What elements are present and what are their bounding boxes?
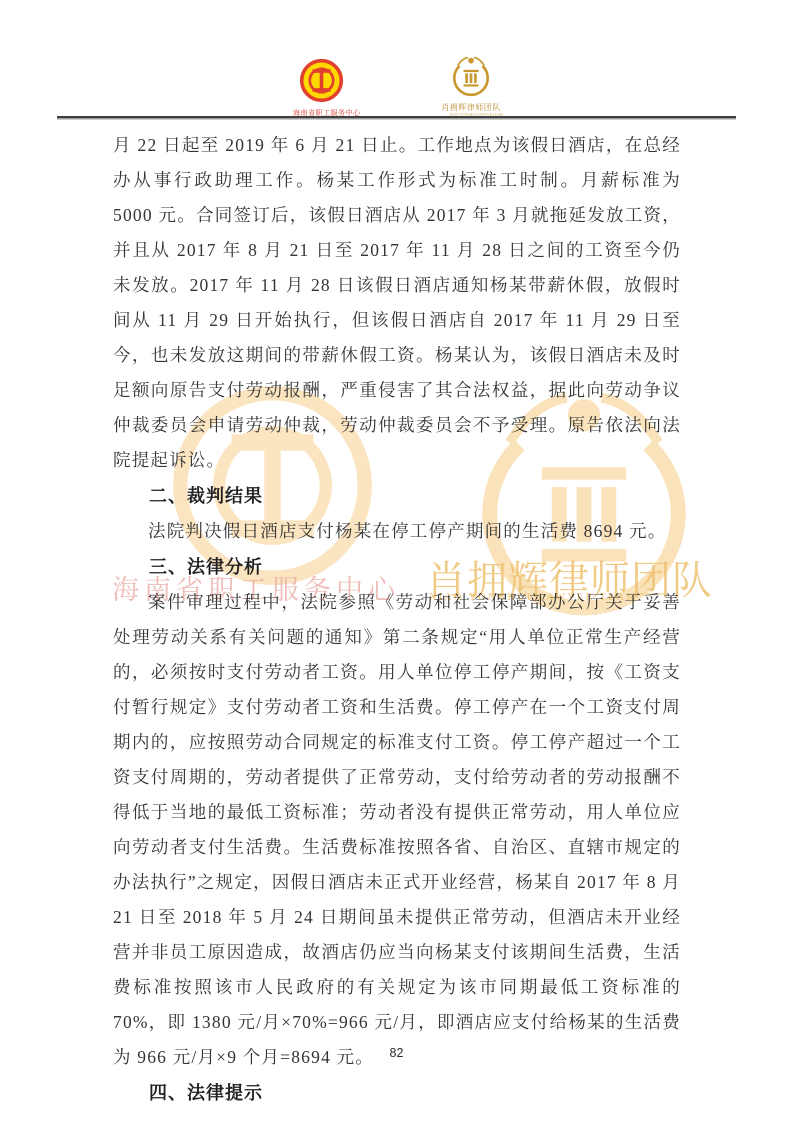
continuation-paragraph: 月 22 日起至 2019 年 6 月 21 日止。工作地点为该假日酒店，在总经… xyxy=(113,128,681,478)
section-heading-legal-analysis: 三、法律分析 xyxy=(113,549,681,585)
document-body: 月 22 日起至 2019 年 6 月 21 日止。工作地点为该假日酒店，在总经… xyxy=(113,128,681,1111)
law-team-logo: 肖拥辉律师团队 XIAO YONGHUI LAWYER TEAM xyxy=(435,54,507,119)
union-emblem-icon xyxy=(299,90,344,107)
judgment-result-paragraph: 法院判决假日酒店支付杨某在停工停产期间的生活费 8694 元。 xyxy=(113,514,681,549)
legal-analysis-paragraph: 案件审理过程中，法院参照《劳动和社会保障部办公厅关于妥善处理劳动关系有关问题的通… xyxy=(113,585,681,1075)
law-team-emblem-icon xyxy=(449,85,493,102)
page-number: 82 xyxy=(0,1046,793,1060)
header-divider xyxy=(57,116,736,118)
union-logo: 海南省职工服务中心 xyxy=(293,58,349,118)
document-page: 海南省职工服务中心 肖拥辉律师团队 XIAO YONGHUI LAWYER TE… xyxy=(0,0,793,1122)
section-heading-legal-tips: 四、法律提示 xyxy=(113,1075,681,1111)
law-team-logo-caption: 肖拥辉律师团队 xyxy=(435,104,507,113)
section-heading-judgment-result: 二、裁判结果 xyxy=(113,478,681,514)
